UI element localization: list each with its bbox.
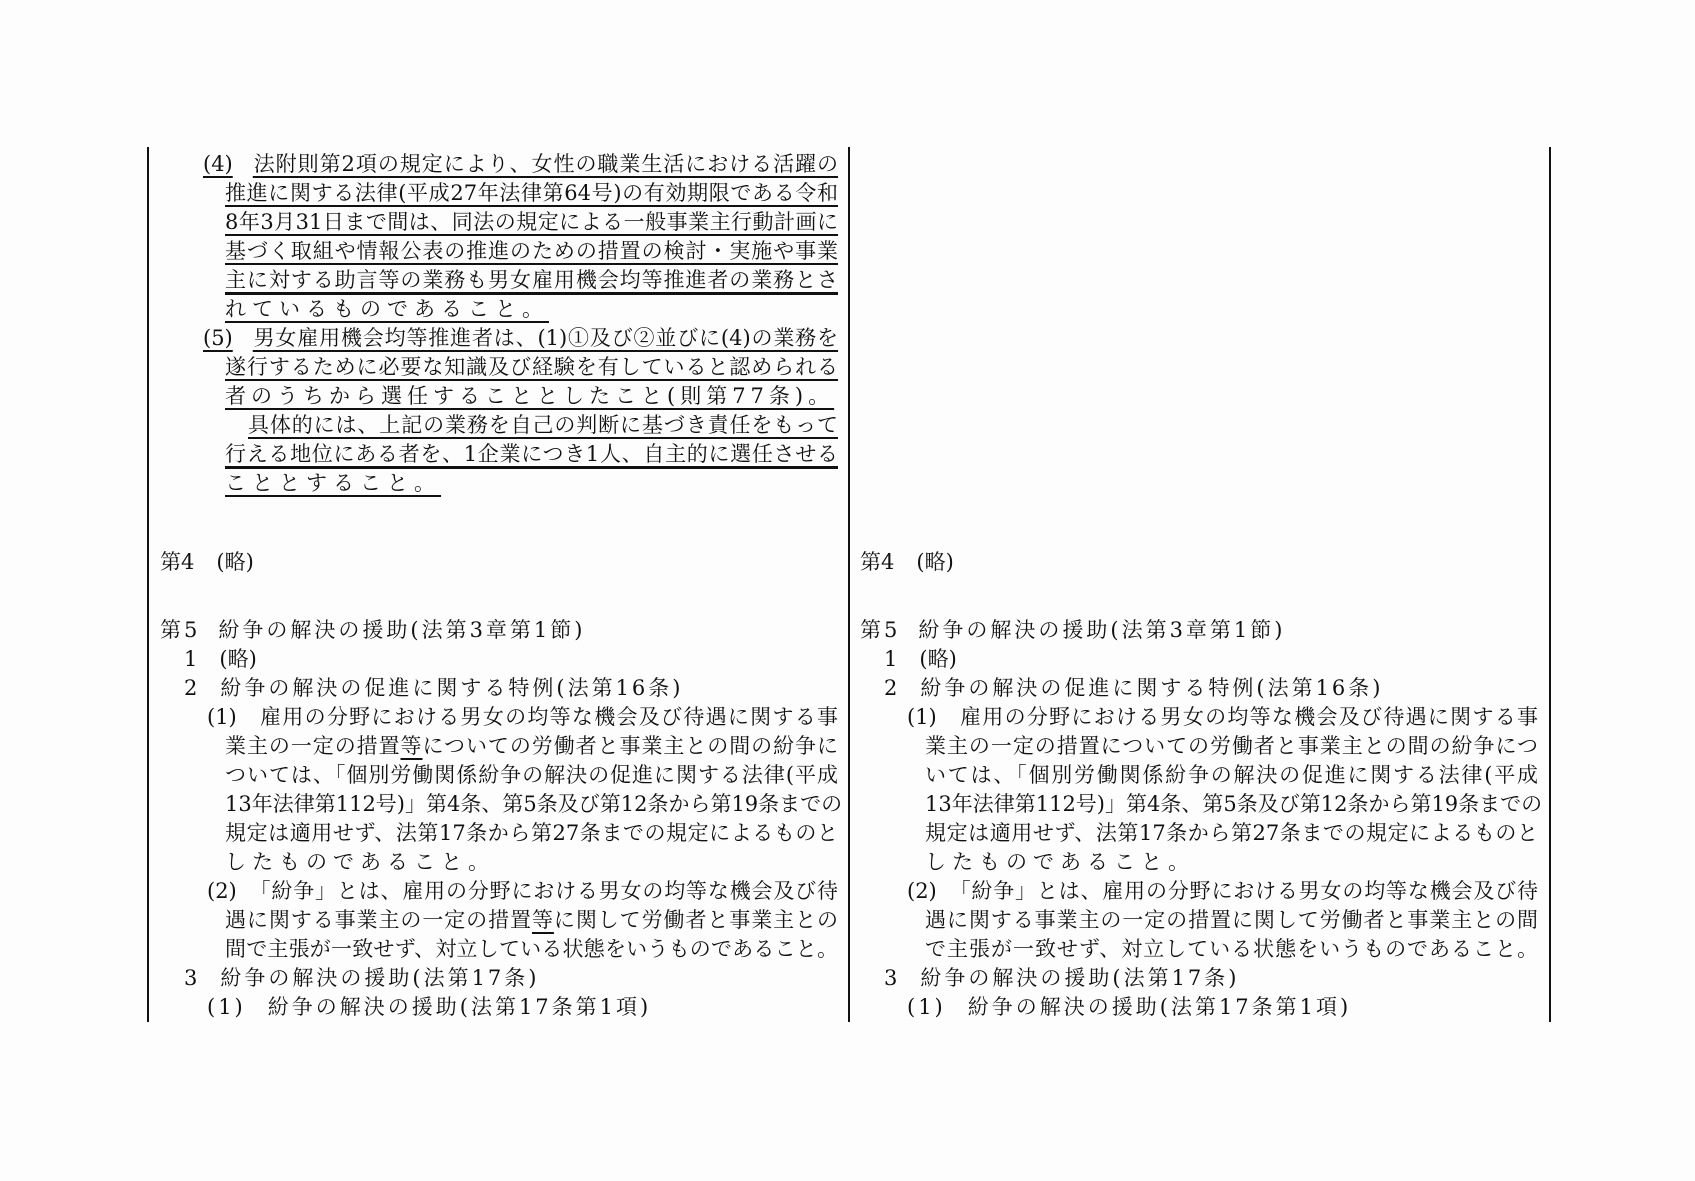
inserted-text-underlined: 等	[401, 734, 423, 758]
item-3-sub-1: (1)紛争の解決の援助(法第17条第1項)	[207, 993, 651, 1022]
table-border-left	[147, 147, 149, 1022]
item-4-line-1: (4)法附則第2項の規定により、女性の職業生活における活躍の	[203, 150, 838, 179]
line-text: についての労働者と事業主との間の紛争に	[422, 734, 838, 758]
section-5-item-3: 3紛争の解決の援助(法第17条)	[884, 964, 1239, 993]
item-3-sub-1: (1)紛争の解決の援助(法第17条第1項)	[907, 993, 1351, 1022]
item-2-sub-2-line-3: で主張が一致せず、対立している状態をいうものであること。	[925, 935, 1538, 964]
section-5-title: 紛争の解決の援助(法第3章第1節)	[918, 618, 1285, 642]
item-2-number: 2	[184, 676, 200, 700]
item-2-sub-1-line-5: 規定は適用せず、法第17条から第27条までの規定によるものと	[225, 819, 838, 848]
item-3-sub-1-title: 紛争の解決の援助(法第17条第1項)	[968, 995, 1351, 1019]
section-5-item-3: 3紛争の解決の援助(法第17条)	[184, 964, 539, 993]
section-5-heading: 第5紛争の解決の援助(法第3章第1節)	[860, 616, 1285, 645]
item-3-sub-1-marker: (1)	[207, 995, 246, 1019]
item-3-title: 紛争の解決の援助(法第17条)	[920, 966, 1239, 990]
section-4-title: (略)	[916, 550, 953, 574]
item-5-line-2: 遂行するために必要な知識及び経験を有していると認められる	[225, 353, 838, 382]
item-5-text: 男女雇用機会均等推進者は、(1)①及び②並びに(4)の業務を	[253, 326, 838, 350]
item-2-sub-2-line-1: (2)「紛争」とは、雇用の分野における男女の均等な機会及び待	[907, 877, 1538, 906]
item-5-line-6: こととすること。	[225, 469, 441, 498]
item-4-line-4: 基づく取組や情報公表の推進のための措置の検討・実施や事業	[225, 237, 838, 266]
line-text: 遇に関する事業主の一定の措置	[225, 908, 532, 932]
item-2-sub-1-line-2: 業主の一定の措置についての労働者と事業主との間の紛争につ	[925, 732, 1538, 761]
item-4-marker: (4)	[203, 152, 233, 176]
item-2-sub-2-line-2: 遇に関する事業主の一定の措置等に関して労働者と事業主との	[225, 906, 838, 935]
section-5-item-1: 1(略)	[184, 645, 257, 674]
item-4-line-3: 8年3月31日まで間は、同法の規定による一般事業主行動計画に	[225, 208, 838, 237]
section-4-heading: 第4(略)	[860, 548, 954, 577]
item-5-line-5: 行える地位にある者を、1企業につき1人、自主的に選任させる	[225, 440, 838, 469]
sub-2-text: 「紛争」とは、雇用の分野における男女の均等な機会及び待	[249, 879, 838, 903]
inserted-text-underlined: 等	[532, 908, 554, 932]
section-5-item-2: 2紛争の解決の促進に関する特例(法第16条)	[884, 674, 1383, 703]
item-2-sub-1-line-1: (1)雇用の分野における男女の均等な機会及び待遇に関する事	[907, 703, 1538, 732]
sub-1-marker: (1)	[907, 705, 937, 729]
item-2-sub-1-line-2: 業主の一定の措置等についての労働者と事業主との間の紛争に	[225, 732, 838, 761]
section-5-number: 第5	[160, 618, 200, 642]
item-1-number: 1	[884, 647, 897, 671]
section-5-number: 第5	[860, 618, 900, 642]
item-2-sub-1-line-4: 13年法律第112号)」第4条、第5条及び第12条から第19条までの	[925, 790, 1538, 819]
item-4-line-5: 主に対する助言等の業務も男女雇用機会均等推進者の業務とさ	[225, 266, 838, 295]
item-2-sub-1-line-3: ついては、「個別労働関係紛争の解決の促進に関する法律(平成	[225, 761, 838, 790]
item-1-title: (略)	[919, 647, 956, 671]
item-2-sub-1-line-1: (1)雇用の分野における男女の均等な機会及び待遇に関する事	[207, 703, 838, 732]
item-3-sub-1-title: 紛争の解決の援助(法第17条第1項)	[268, 995, 651, 1019]
sub-2-text: 「紛争」とは、雇用の分野における男女の均等な機会及び待	[949, 879, 1538, 903]
item-3-sub-1-marker: (1)	[907, 995, 946, 1019]
sub-1-text: 雇用の分野における男女の均等な機会及び待遇に関する事	[259, 705, 838, 729]
item-5-marker: (5)	[203, 326, 233, 350]
item-2-sub-2-line-2: 遇に関する事業主の一定の措置に関して労働者と事業主との間	[925, 906, 1538, 935]
item-2-sub-2-line-3: 間で主張が一致せず、対立している状態をいうものであること。	[225, 935, 838, 964]
item-4-text: 法附則第2項の規定により、女性の職業生活における活躍の	[253, 152, 838, 176]
item-5-line-3: 者のうちから選任することとしたこと(則第77条)。	[225, 382, 834, 411]
item-2-number: 2	[884, 676, 900, 700]
item-3-number: 3	[184, 966, 200, 990]
item-2-sub-1-line-4: 13年法律第112号)」第4条、第5条及び第12条から第19条までの	[225, 790, 838, 819]
section-5-item-2: 2紛争の解決の促進に関する特例(法第16条)	[184, 674, 683, 703]
sub-1-marker: (1)	[207, 705, 237, 729]
item-5-line-1: (5)男女雇用機会均等推進者は、(1)①及び②並びに(4)の業務を	[203, 324, 838, 353]
item-3-number: 3	[884, 966, 900, 990]
section-4-heading: 第4(略)	[160, 548, 254, 577]
item-2-title: 紛争の解決の促進に関する特例(法第16条)	[220, 676, 683, 700]
section-4-number: 第4	[860, 550, 894, 574]
line-text: に関して労働者と事業主との	[554, 908, 838, 932]
item-2-sub-1-line-5: 規定は適用せず、法第17条から第27条までの規定によるものと	[925, 819, 1538, 848]
item-2-sub-1-line-6: したものであること。	[225, 848, 495, 877]
item-1-title: (略)	[219, 647, 256, 671]
table-border-right	[1549, 147, 1551, 1022]
section-5-heading: 第5紛争の解決の援助(法第3章第1節)	[160, 616, 585, 645]
section-4-number: 第4	[160, 550, 194, 574]
sub-2-marker: (2)	[907, 879, 937, 903]
item-4-line-2: 推進に関する法律(平成27年法律第64号)の有効期限である令和	[225, 179, 838, 208]
item-2-sub-1-line-6: したものであること。	[925, 848, 1195, 877]
item-3-title: 紛争の解決の援助(法第17条)	[220, 966, 539, 990]
table-column-divider	[848, 147, 850, 1022]
sub-1-text: 雇用の分野における男女の均等な機会及び待遇に関する事	[959, 705, 1538, 729]
item-1-number: 1	[184, 647, 197, 671]
line-text: 業主の一定の措置	[225, 734, 401, 758]
section-5-item-1: 1(略)	[884, 645, 957, 674]
section-5-title: 紛争の解決の援助(法第3章第1節)	[218, 618, 585, 642]
sub-2-marker: (2)	[207, 879, 237, 903]
item-5-line-4: 具体的には、上記の業務を自己の判断に基づき責任をもって	[248, 411, 838, 440]
item-2-sub-1-line-3: いては、「個別労働関係紛争の解決の促進に関する法律(平成	[925, 761, 1538, 790]
item-4-line-6: れているものであること。	[225, 295, 549, 324]
item-2-title: 紛争の解決の促進に関する特例(法第16条)	[920, 676, 1383, 700]
item-2-sub-2-line-1: (2)「紛争」とは、雇用の分野における男女の均等な機会及び待	[207, 877, 838, 906]
section-4-title: (略)	[216, 550, 253, 574]
